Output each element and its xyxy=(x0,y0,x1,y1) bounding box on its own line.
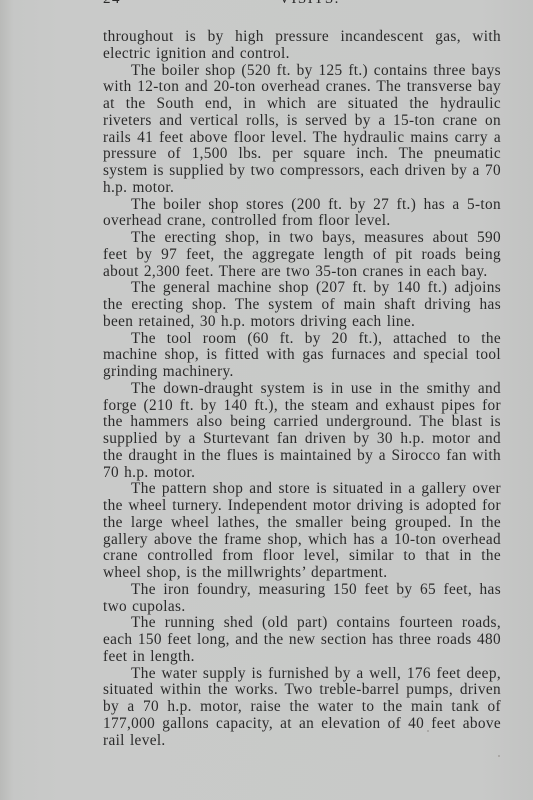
paper-speck xyxy=(427,730,429,732)
paragraph-machine-shop: The general machine shop (207 ft. by 140… xyxy=(103,280,501,330)
paragraph-pattern-shop: The pattern shop and store is situated i… xyxy=(103,481,501,582)
paper-speck xyxy=(395,727,397,729)
paragraph-erecting-shop: The erecting shop, in two bays, measures… xyxy=(103,230,501,280)
paragraph-iron-foundry: The iron foundry, measuring 150 feet by … xyxy=(103,582,501,616)
body-text: throughout is by high pressure incandesc… xyxy=(103,29,501,749)
running-head: 24 Visits. xyxy=(0,0,533,9)
paragraph-boiler-shop: The boiler shop (520 ft. by 125 ft.) con… xyxy=(103,63,501,197)
paragraph-boiler-shop-stores: The boiler shop stores (200 ft. by 27 ft… xyxy=(103,197,501,231)
paragraph-water-supply: The water supply is furnished by a well,… xyxy=(103,666,501,750)
paragraph-smithy-forge: The down-draught system is in use in the… xyxy=(103,381,501,482)
book-page: 24 Visits. throughout is by high pressur… xyxy=(0,0,533,800)
paragraph-running-shed: The running shed (old part) contains fou… xyxy=(103,615,501,665)
paragraph-tool-room: The tool room (60 ft. by 20 ft.), attach… xyxy=(103,331,501,381)
running-title: Visits. xyxy=(279,0,340,8)
paper-speck xyxy=(402,596,404,598)
paper-speck xyxy=(498,755,500,757)
page-number: 24 xyxy=(103,0,121,8)
paragraph-lighting: throughout is by high pressure incandesc… xyxy=(103,29,501,63)
